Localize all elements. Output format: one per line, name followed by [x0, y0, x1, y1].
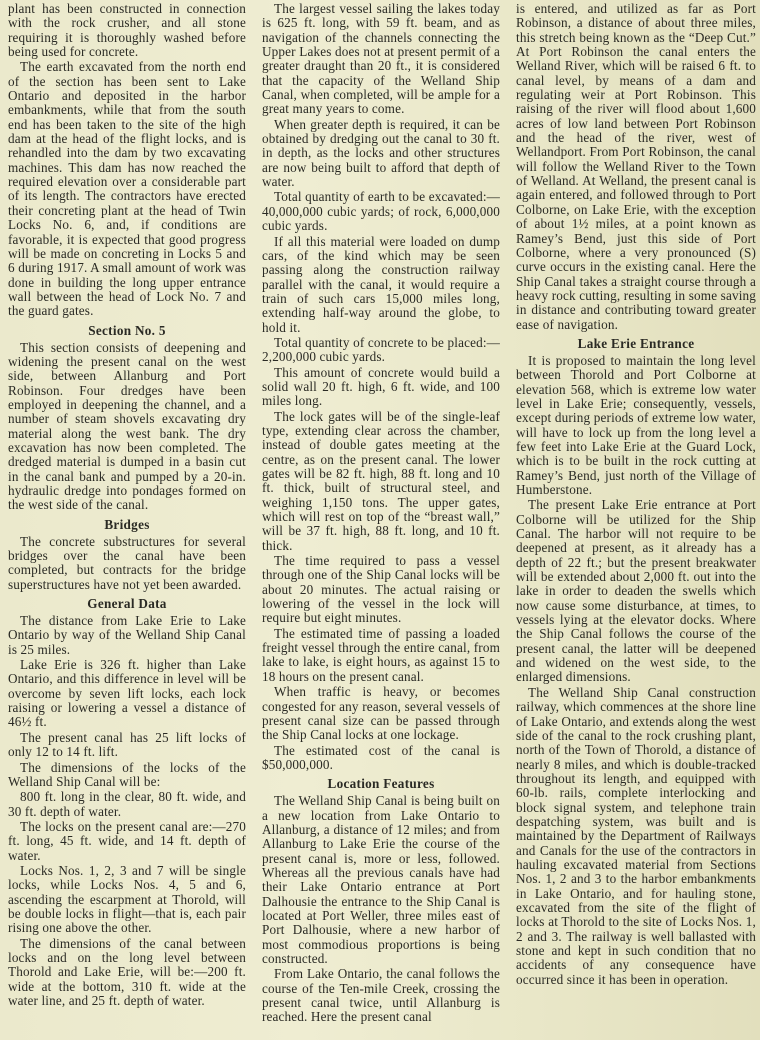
paragraph: If all this material were loaded on dump… — [262, 235, 500, 335]
paragraph-continued: plant has been constructed in connection… — [8, 2, 246, 59]
paragraph: The present Lake Erie entrance at Port C… — [516, 498, 756, 684]
paragraph: The concrete substructures for several b… — [8, 535, 246, 592]
paragraph-continued: is entered, and utilized as far as Port … — [516, 2, 756, 332]
paragraph: When traffic is heavy, or becomes conges… — [262, 685, 500, 742]
paragraph: It is proposed to maintain the long leve… — [516, 354, 756, 497]
paragraph: This section consists of deepening and w… — [8, 341, 246, 513]
column-1: plant has been constructed in connection… — [8, 2, 246, 1009]
paragraph: The earth excavated from the north end o… — [8, 60, 246, 318]
section-heading: Bridges — [8, 517, 246, 532]
paragraph: The Welland Ship Canal is being built on… — [262, 794, 500, 966]
paragraph: Total quantity of concrete to be placed:… — [262, 336, 500, 365]
paragraph: The largest vessel sailing the lakes tod… — [262, 2, 500, 117]
paragraph: The distance from Lake Erie to Lake Onta… — [8, 614, 246, 657]
paragraph: The estimated time of passing a loaded f… — [262, 627, 500, 684]
paragraph: The estimated cost of the canal is $50,0… — [262, 744, 500, 773]
newspaper-page: plant has been constructed in connection… — [0, 0, 760, 1040]
paragraph: The lock gates will be of the single-lea… — [262, 410, 500, 553]
paragraph: Locks Nos. 1, 2, 3 and 7 will be single … — [8, 864, 246, 936]
section-heading: Section No. 5 — [8, 323, 246, 338]
section-heading: General Data — [8, 596, 246, 611]
section-heading: Location Features — [262, 776, 500, 791]
paragraph: This amount of concrete would build a so… — [262, 366, 500, 409]
column-2: The largest vessel sailing the lakes tod… — [262, 2, 500, 1026]
paragraph: The dimensions of the locks of the Wella… — [8, 761, 246, 790]
paragraph: The time required to pass a vessel throu… — [262, 554, 500, 626]
paragraph: Total quantity of earth to be excavated:… — [262, 190, 500, 233]
paragraph: When greater depth is required, it can b… — [262, 118, 500, 190]
section-heading: Lake Erie Entrance — [516, 336, 756, 351]
paragraph: From Lake Ontario, the canal follows the… — [262, 967, 500, 1024]
paragraph: 800 ft. long in the clear, 80 ft. wide, … — [8, 790, 246, 819]
column-3: is entered, and utilized as far as Port … — [516, 2, 756, 988]
paragraph: Lake Erie is 326 ft. higher than Lake On… — [8, 658, 246, 730]
paragraph: The present canal has 25 lift locks of o… — [8, 731, 246, 760]
paragraph: The locks on the present canal are:—270 … — [8, 820, 246, 863]
paragraph: The Welland Ship Canal construction rail… — [516, 686, 756, 987]
paragraph: The dimensions of the canal between lock… — [8, 937, 246, 1009]
